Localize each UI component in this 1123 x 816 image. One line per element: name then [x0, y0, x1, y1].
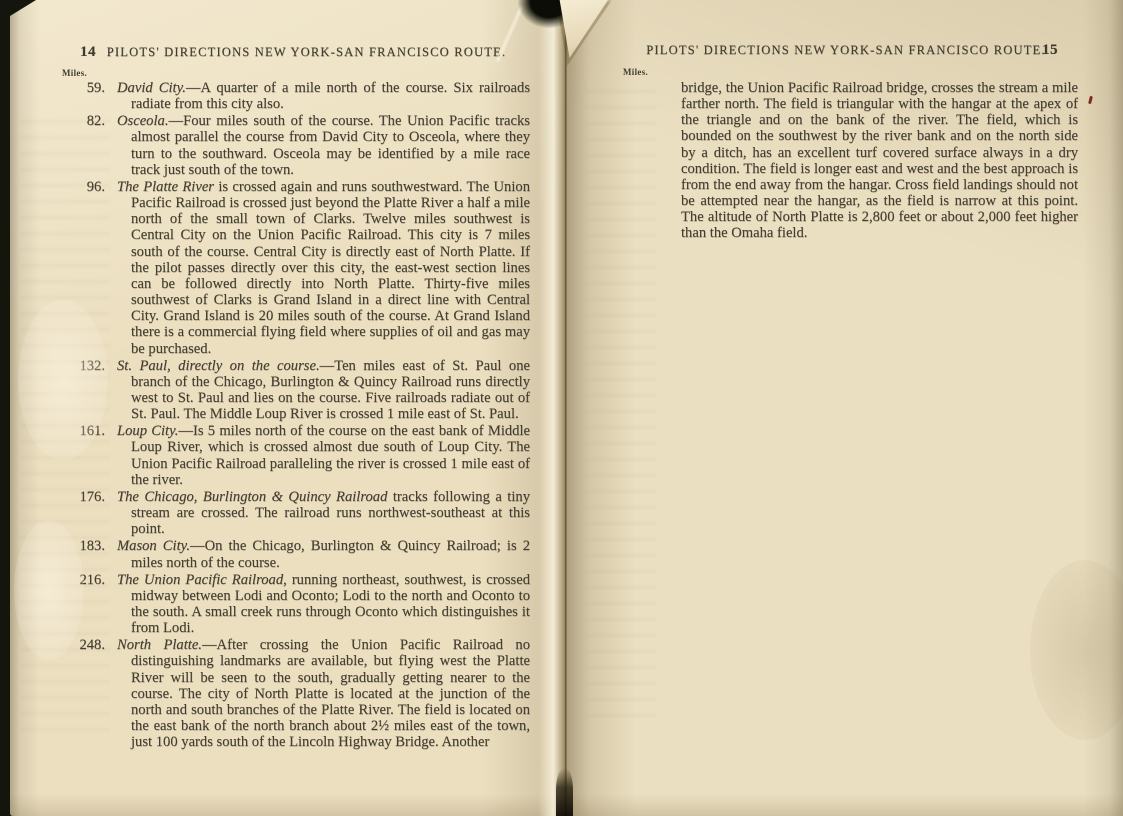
- entry-text: —Is 5 miles north of the course on the e…: [131, 423, 530, 487]
- entry-place-name: The Platte River: [117, 179, 214, 195]
- right-miles-label: Miles.: [623, 67, 648, 77]
- mileage-value: 176.: [65, 489, 105, 505]
- mileage-value: 59.: [65, 80, 105, 96]
- left-miles-label: Miles.: [62, 68, 87, 78]
- entry-place-name: St. Paul, directly on the course.: [117, 358, 320, 374]
- mileage-entry: 248.North Platte.—After crossing the Uni…: [117, 637, 530, 750]
- mileage-entry: 161.Loup City.—Is 5 miles north of the c…: [117, 423, 530, 488]
- entry-place-name: The Union Pacific Railroad: [117, 572, 283, 588]
- mileage-entry: 132.St. Paul, directly on the course.—Te…: [117, 358, 530, 423]
- entry-place-name: The Chicago, Burlington & Quincy Railroa…: [117, 489, 387, 505]
- mileage-value: 96.: [65, 179, 105, 195]
- mileage-entry: 183.Mason City.—On the Chicago, Burlingt…: [117, 538, 530, 570]
- right-page: 15 PILOTS' DIRECTIONS NEW YORK-SAN FRANC…: [566, 0, 1123, 816]
- left-running-header: PILOTS' DIRECTIONS NEW YORK-SAN FRANCISC…: [100, 45, 513, 60]
- mileage-value: 183.: [65, 538, 105, 554]
- mileage-value: 216.: [65, 572, 105, 588]
- mileage-value: 82.: [65, 113, 105, 129]
- entry-place-name: North Platte.: [117, 637, 202, 653]
- entry-text: —After crossing the Union Pacific Railro…: [131, 637, 530, 750]
- entry-text: —On the Chicago, Burlington & Quincy Rai…: [131, 538, 530, 570]
- mileage-value: 248.: [65, 637, 105, 653]
- mileage-value: 132.: [65, 358, 105, 374]
- page-fold-highlight: [538, 0, 566, 816]
- left-page: 14 PILOTS' DIRECTIONS NEW YORK-SAN FRANC…: [10, 0, 566, 816]
- entry-place-name: Osceola.: [117, 113, 168, 129]
- left-entries: 59.David City.—A quarter of a mile north…: [117, 80, 530, 751]
- entry-place-name: Loup City.: [117, 423, 178, 439]
- entry-place-name: David City.: [117, 80, 186, 96]
- continuation-paragraph: bridge, the Union Pacific Railroad bridg…: [667, 80, 1078, 242]
- fold-bottom-shadow: [556, 768, 573, 816]
- right-running-header: PILOTS' DIRECTIONS NEW YORK-SAN FRANCISC…: [646, 43, 1046, 58]
- mileage-entry: 216.The Union Pacific Railroad, running …: [117, 572, 530, 637]
- entry-text: —A quarter of a mile north of the course…: [131, 80, 530, 112]
- entry-text: —Four miles south of the course. The Uni…: [131, 113, 530, 177]
- entry-place-name: Mason City.: [117, 538, 190, 554]
- mileage-entry: 59.David City.—A quarter of a mile north…: [117, 80, 530, 112]
- mileage-value: 161.: [65, 423, 105, 439]
- mileage-entry: 176.The Chicago, Burlington & Quincy Rai…: [117, 489, 530, 537]
- right-entries: bridge, the Union Pacific Railroad bridg…: [667, 80, 1078, 243]
- page-fold-line: [565, 0, 567, 816]
- entry-text: is crossed again and runs southwestward.…: [131, 179, 530, 357]
- left-page-number: 14: [80, 44, 96, 61]
- mileage-entry: 96.The Platte River is crossed again and…: [117, 179, 530, 357]
- top-left-corner-shadow: [10, 0, 36, 16]
- book-scan: 14 PILOTS' DIRECTIONS NEW YORK-SAN FRANC…: [0, 0, 1123, 816]
- mileage-entry: 82.Osceola.—Four miles south of the cour…: [117, 113, 530, 178]
